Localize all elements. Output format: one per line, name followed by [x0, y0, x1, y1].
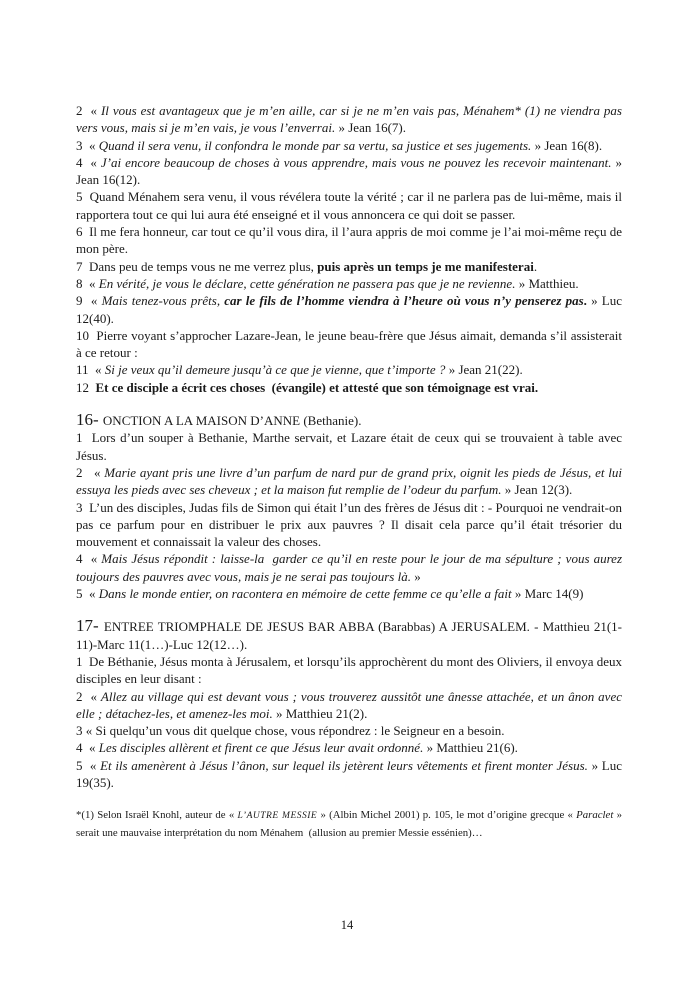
text-segment: J’ai encore beaucoup de choses à vous ap…	[101, 155, 612, 170]
verse-3: 3 L’un des disciples, Judas fils de Simo…	[76, 499, 622, 551]
text-segment: 6 Il me fera honneur, car tout ce qu’il …	[76, 224, 622, 256]
section-16-heading: 16- ONCTION A LA MAISON D’ANNE (Bethanie…	[76, 411, 622, 429]
text-segment: Mais tenez-vous prêts,	[102, 293, 225, 308]
text-segment: 4 «	[76, 740, 99, 755]
text-segment: » (Albin Michel 2001) p. 105, le mot d’o…	[317, 809, 576, 821]
text-segment: 4 «	[76, 551, 101, 566]
section-16: 16- ONCTION A LA MAISON D’ANNE (Bethanie…	[76, 411, 622, 602]
text-segment: 16-	[76, 410, 103, 429]
text-segment: Les disciples allèrent et firent ce que …	[99, 740, 424, 755]
verse-9: 9 « Mais tenez-vous prêts, car le fils d…	[76, 292, 622, 327]
text-segment: » Jean 12(3).	[502, 482, 573, 497]
text-segment: ENTREE TRIOMPHALE DE JESUS BAR ABBA (Bar…	[76, 619, 622, 651]
verse-4: 4 « Les disciples allèrent et firent ce …	[76, 739, 622, 756]
text-segment: 9 «	[76, 293, 102, 308]
text-segment: Paraclet	[576, 809, 613, 821]
verse-7: 7 Dans peu de temps vous ne me verrez pl…	[76, 258, 622, 275]
text-segment: Et ils amenèrent à Jésus l’ânon, sur leq…	[100, 758, 588, 773]
text-segment: »	[411, 569, 421, 584]
verse-5: 5 « Dans le monde entier, on racontera e…	[76, 585, 622, 602]
verse-4: 4 « Mais Jésus répondit : laisse-la gard…	[76, 550, 622, 585]
text-segment: Mais Jésus répondit : laisse-la garder c…	[76, 551, 622, 583]
text-segment: ONCTION A LA MAISON D’ANNE (Bethanie).	[103, 413, 362, 428]
text-segment: 11 «	[76, 362, 105, 377]
text-segment: » Marc 14(9)	[512, 586, 584, 601]
verse-12: 12 Et ce disciple a écrit ces choses (év…	[76, 379, 622, 396]
verse-5: 5 Quand Ménahem sera venu, il vous révél…	[76, 188, 622, 223]
verse-3: 3 « Si quelqu’un vous dit quelque chose,…	[76, 722, 622, 739]
text-segment: 3 L’un des disciples, Judas fils de Simo…	[76, 500, 622, 550]
section-15-continuation: 2 « Il vous est avantageux que je m’en a…	[76, 102, 622, 396]
text-segment: » Matthieu.	[515, 276, 578, 291]
text-segment: L’AUTRE MESSIE	[237, 811, 317, 821]
text-segment: 10 Pierre voyant s’approcher Lazare-Jean…	[76, 328, 622, 360]
verse-8: 8 « En vérité, je vous le déclare, cette…	[76, 275, 622, 292]
text-segment: 8 «	[76, 276, 99, 291]
text-segment: 1 Lors d’un souper à Bethanie, Marthe se…	[76, 430, 622, 462]
verse-6: 6 Il me fera honneur, car tout ce qu’il …	[76, 223, 622, 258]
footnote: *(1) Selon Israël Knohl, auteur de « L’A…	[76, 807, 622, 842]
text-segment: » Jean 21(22).	[445, 362, 522, 377]
text-segment: » Jean 16(7).	[335, 120, 406, 135]
text-segment: 7 Dans peu de temps vous ne me verrez pl…	[76, 259, 317, 274]
document-page: 2 « Il vous est avantageux que je m’en a…	[0, 0, 694, 982]
text-segment: Quand il sera venu, il confondra le mond…	[99, 138, 532, 153]
text-segment: *(1) Selon Israël Knohl, auteur de «	[76, 809, 237, 821]
verse-5: 5 « Et ils amenèrent à Jésus l’ânon, sur…	[76, 757, 622, 792]
verse-11: 11 « Si je veux qu’il demeure jusqu’à ce…	[76, 361, 622, 378]
text-segment: Si je veux qu’il demeure jusqu’à ce que …	[105, 362, 446, 377]
page-number: 14	[0, 918, 694, 933]
text-segment: Dans le monde entier, on racontera en mé…	[99, 586, 512, 601]
section-17-heading: 17- ENTREE TRIOMPHALE DE JESUS BAR ABBA …	[76, 617, 622, 653]
text-segment: .	[534, 259, 537, 274]
text-segment: 4 «	[76, 155, 101, 170]
text-segment: 5 Quand Ménahem sera venu, il vous révél…	[76, 189, 622, 221]
text-segment: 2 «	[76, 465, 104, 480]
verse-2: 2 « Allez au village qui est devant vous…	[76, 688, 622, 723]
verse-10: 10 Pierre voyant s’approcher Lazare-Jean…	[76, 327, 622, 362]
text-segment: 17-	[76, 616, 104, 635]
page-content: 2 « Il vous est avantageux que je m’en a…	[76, 102, 622, 842]
text-segment: Et ce disciple a écrit ces choses (évang…	[96, 380, 539, 395]
verse-4: 4 « J’ai encore beaucoup de choses à vou…	[76, 154, 622, 189]
text-segment: » Matthieu 21(6).	[423, 740, 518, 755]
text-segment: 2 «	[76, 103, 101, 118]
text-segment: 2 «	[76, 689, 101, 704]
text-segment: 3 « Si quelqu’un vous dit quelque chose,…	[76, 723, 505, 738]
text-segment: 5 «	[76, 758, 100, 773]
verse-1: 1 Lors d’un souper à Bethanie, Marthe se…	[76, 429, 622, 464]
text-segment: En vérité, je vous le déclare, cette gén…	[99, 276, 516, 291]
section-17: 17- ENTREE TRIOMPHALE DE JESUS BAR ABBA …	[76, 617, 622, 791]
text-segment: » Matthieu 21(2).	[273, 706, 368, 721]
text-segment: 3 «	[76, 138, 99, 153]
text-segment: » Jean 16(8).	[531, 138, 602, 153]
verse-2: 2 « Marie ayant pris une livre d’un parf…	[76, 464, 622, 499]
text-segment: 5 «	[76, 586, 99, 601]
verse-2: 2 « Il vous est avantageux que je m’en a…	[76, 102, 622, 137]
text-segment: car le fils de l’homme viendra à l’heure…	[224, 293, 583, 308]
verse-3: 3 « Quand il sera venu, il confondra le …	[76, 137, 622, 154]
text-segment: 12	[76, 380, 96, 395]
verse-1: 1 De Béthanie, Jésus monta à Jérusalem, …	[76, 653, 622, 688]
text-segment: puis après un temps je me manifesterai	[317, 259, 534, 274]
text-segment: 1 De Béthanie, Jésus monta à Jérusalem, …	[76, 654, 622, 686]
